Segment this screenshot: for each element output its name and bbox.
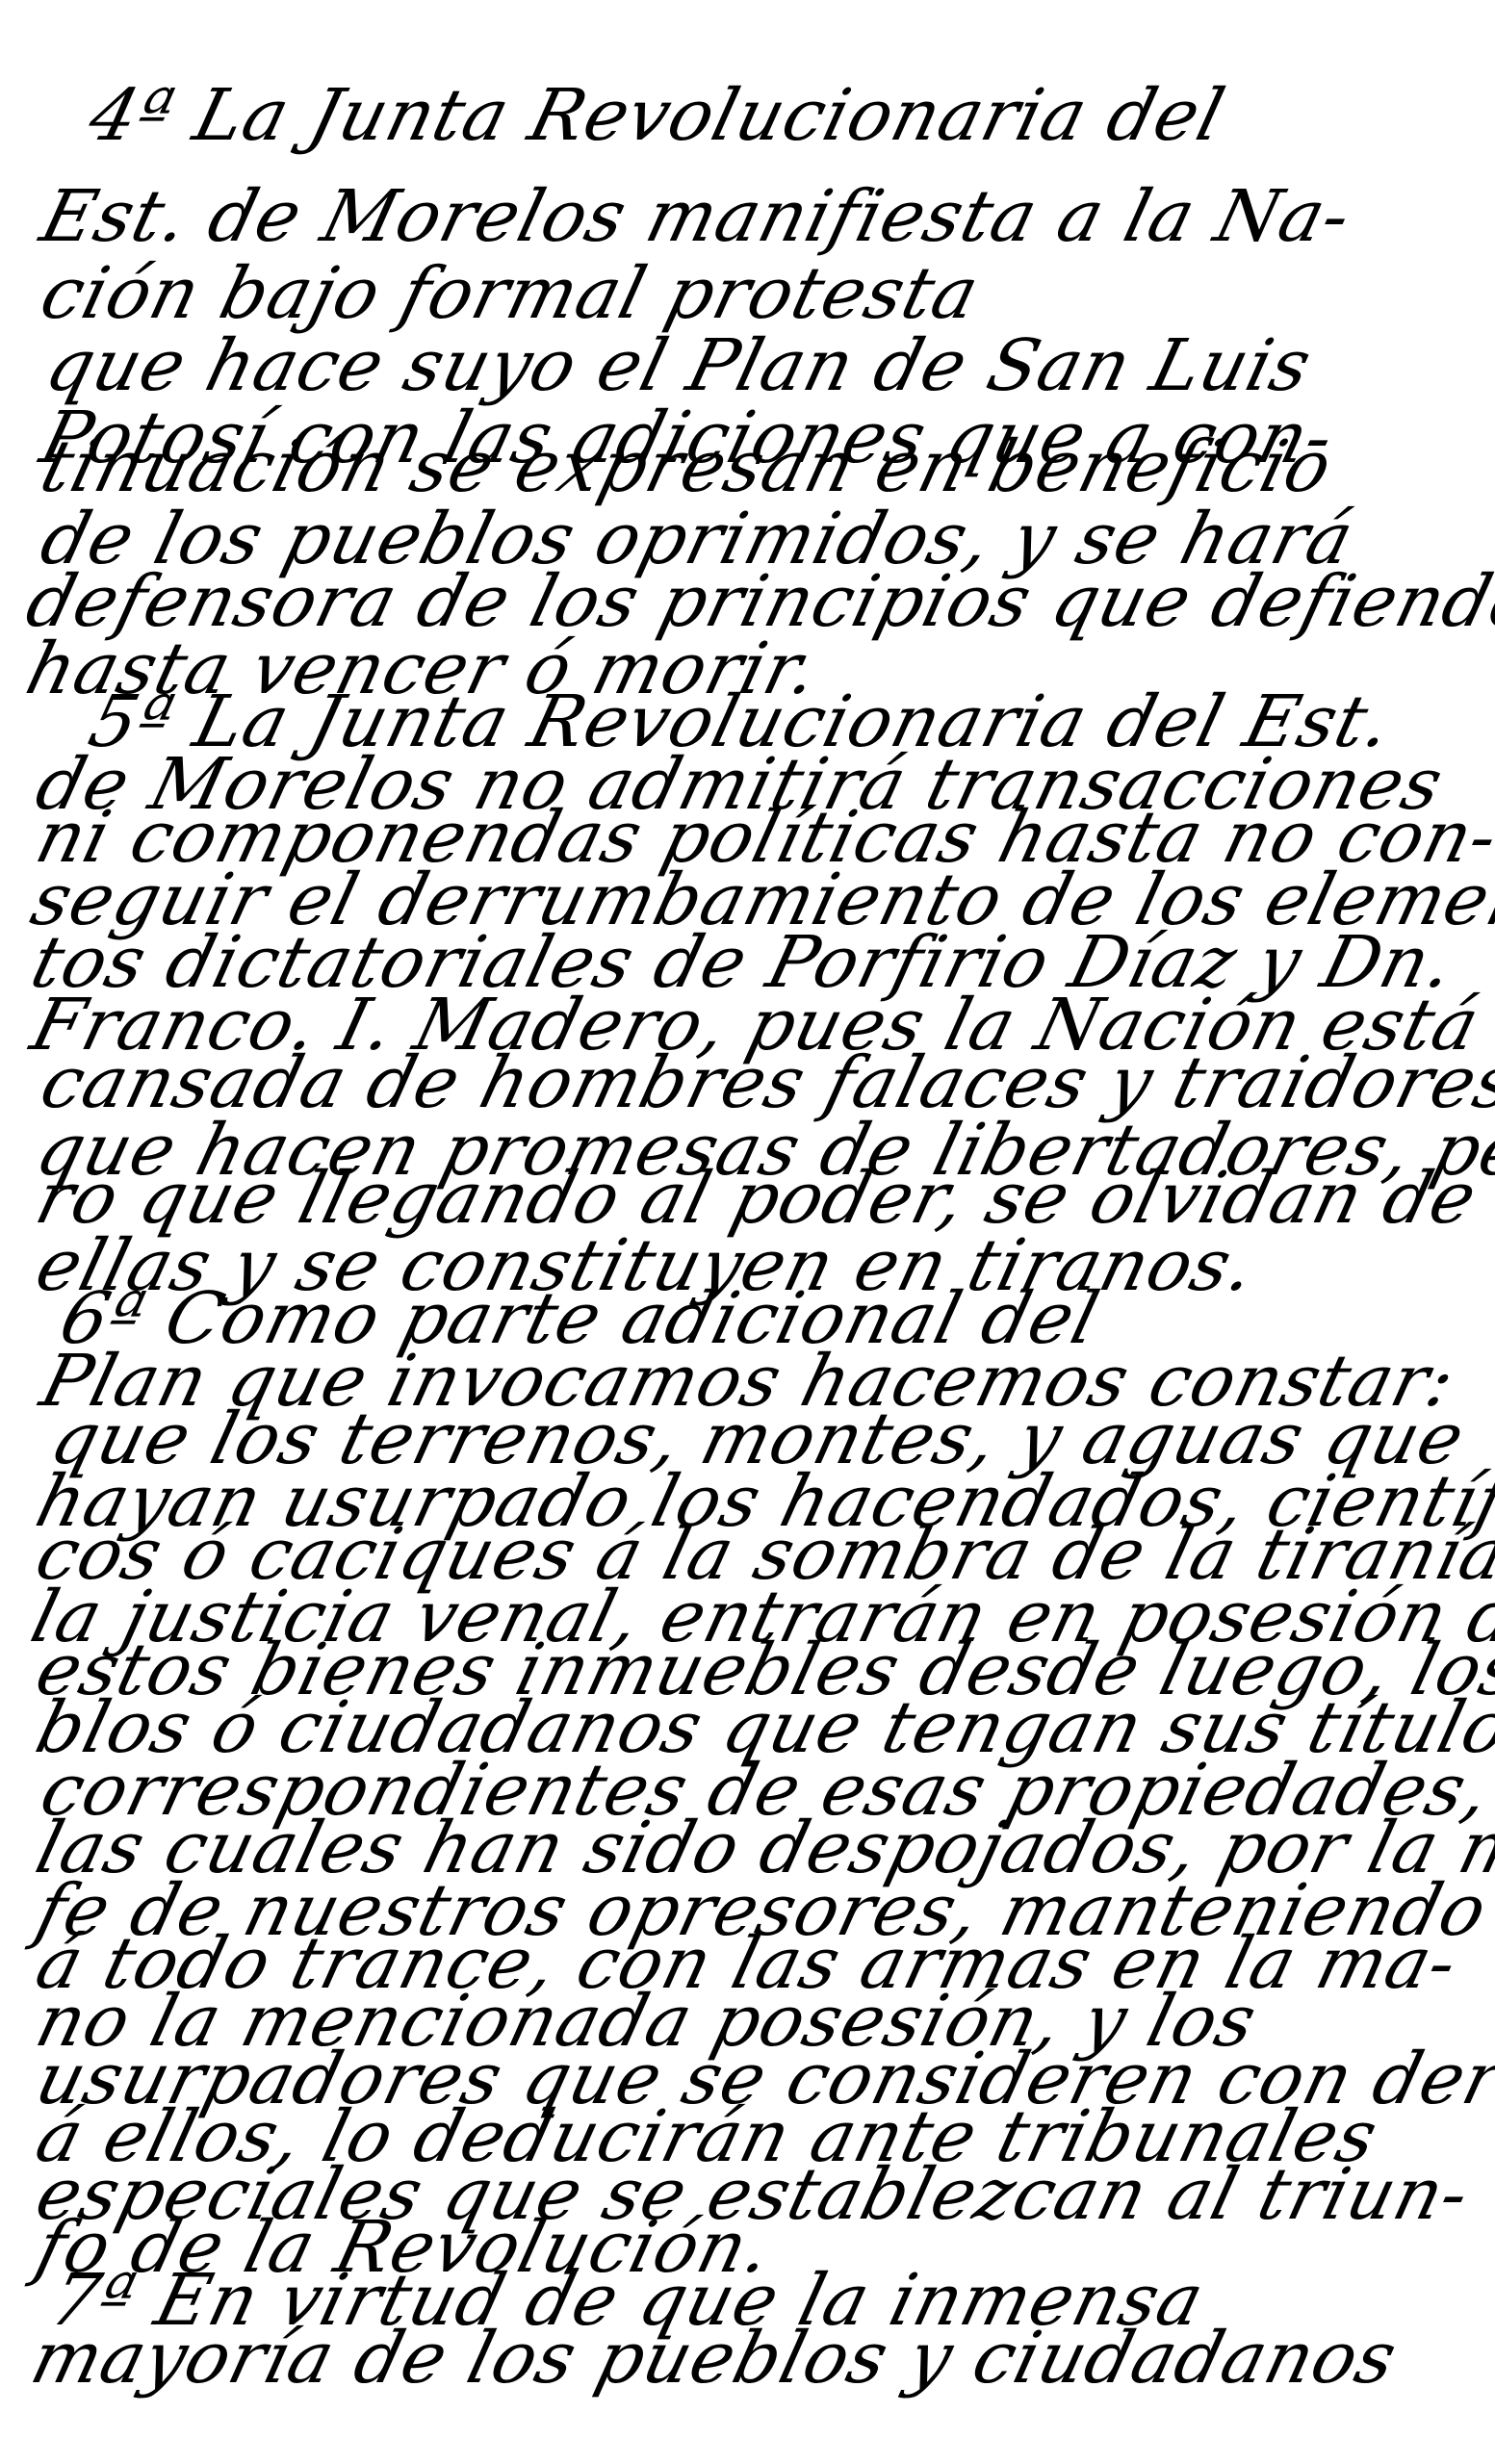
manuscript-line: ción bajo formal protesta	[34, 255, 987, 332]
manuscript-line: mayoría de los pueblos y ciudadanos	[24, 2320, 1405, 2397]
manuscript-line: que hace suyo el Plan de San Luis	[39, 327, 1319, 404]
manuscript-line: tinuación se expresan en beneficio	[34, 428, 1340, 505]
manuscript-page: 4ª La Junta Revolucionaria del Est. de M…	[0, 0, 1495, 2464]
manuscript-line: 4ª La Junta Revolucionaria del	[82, 77, 1232, 154]
manuscript-line: Est. de Morelos manifiesta a la Na-	[34, 178, 1358, 255]
